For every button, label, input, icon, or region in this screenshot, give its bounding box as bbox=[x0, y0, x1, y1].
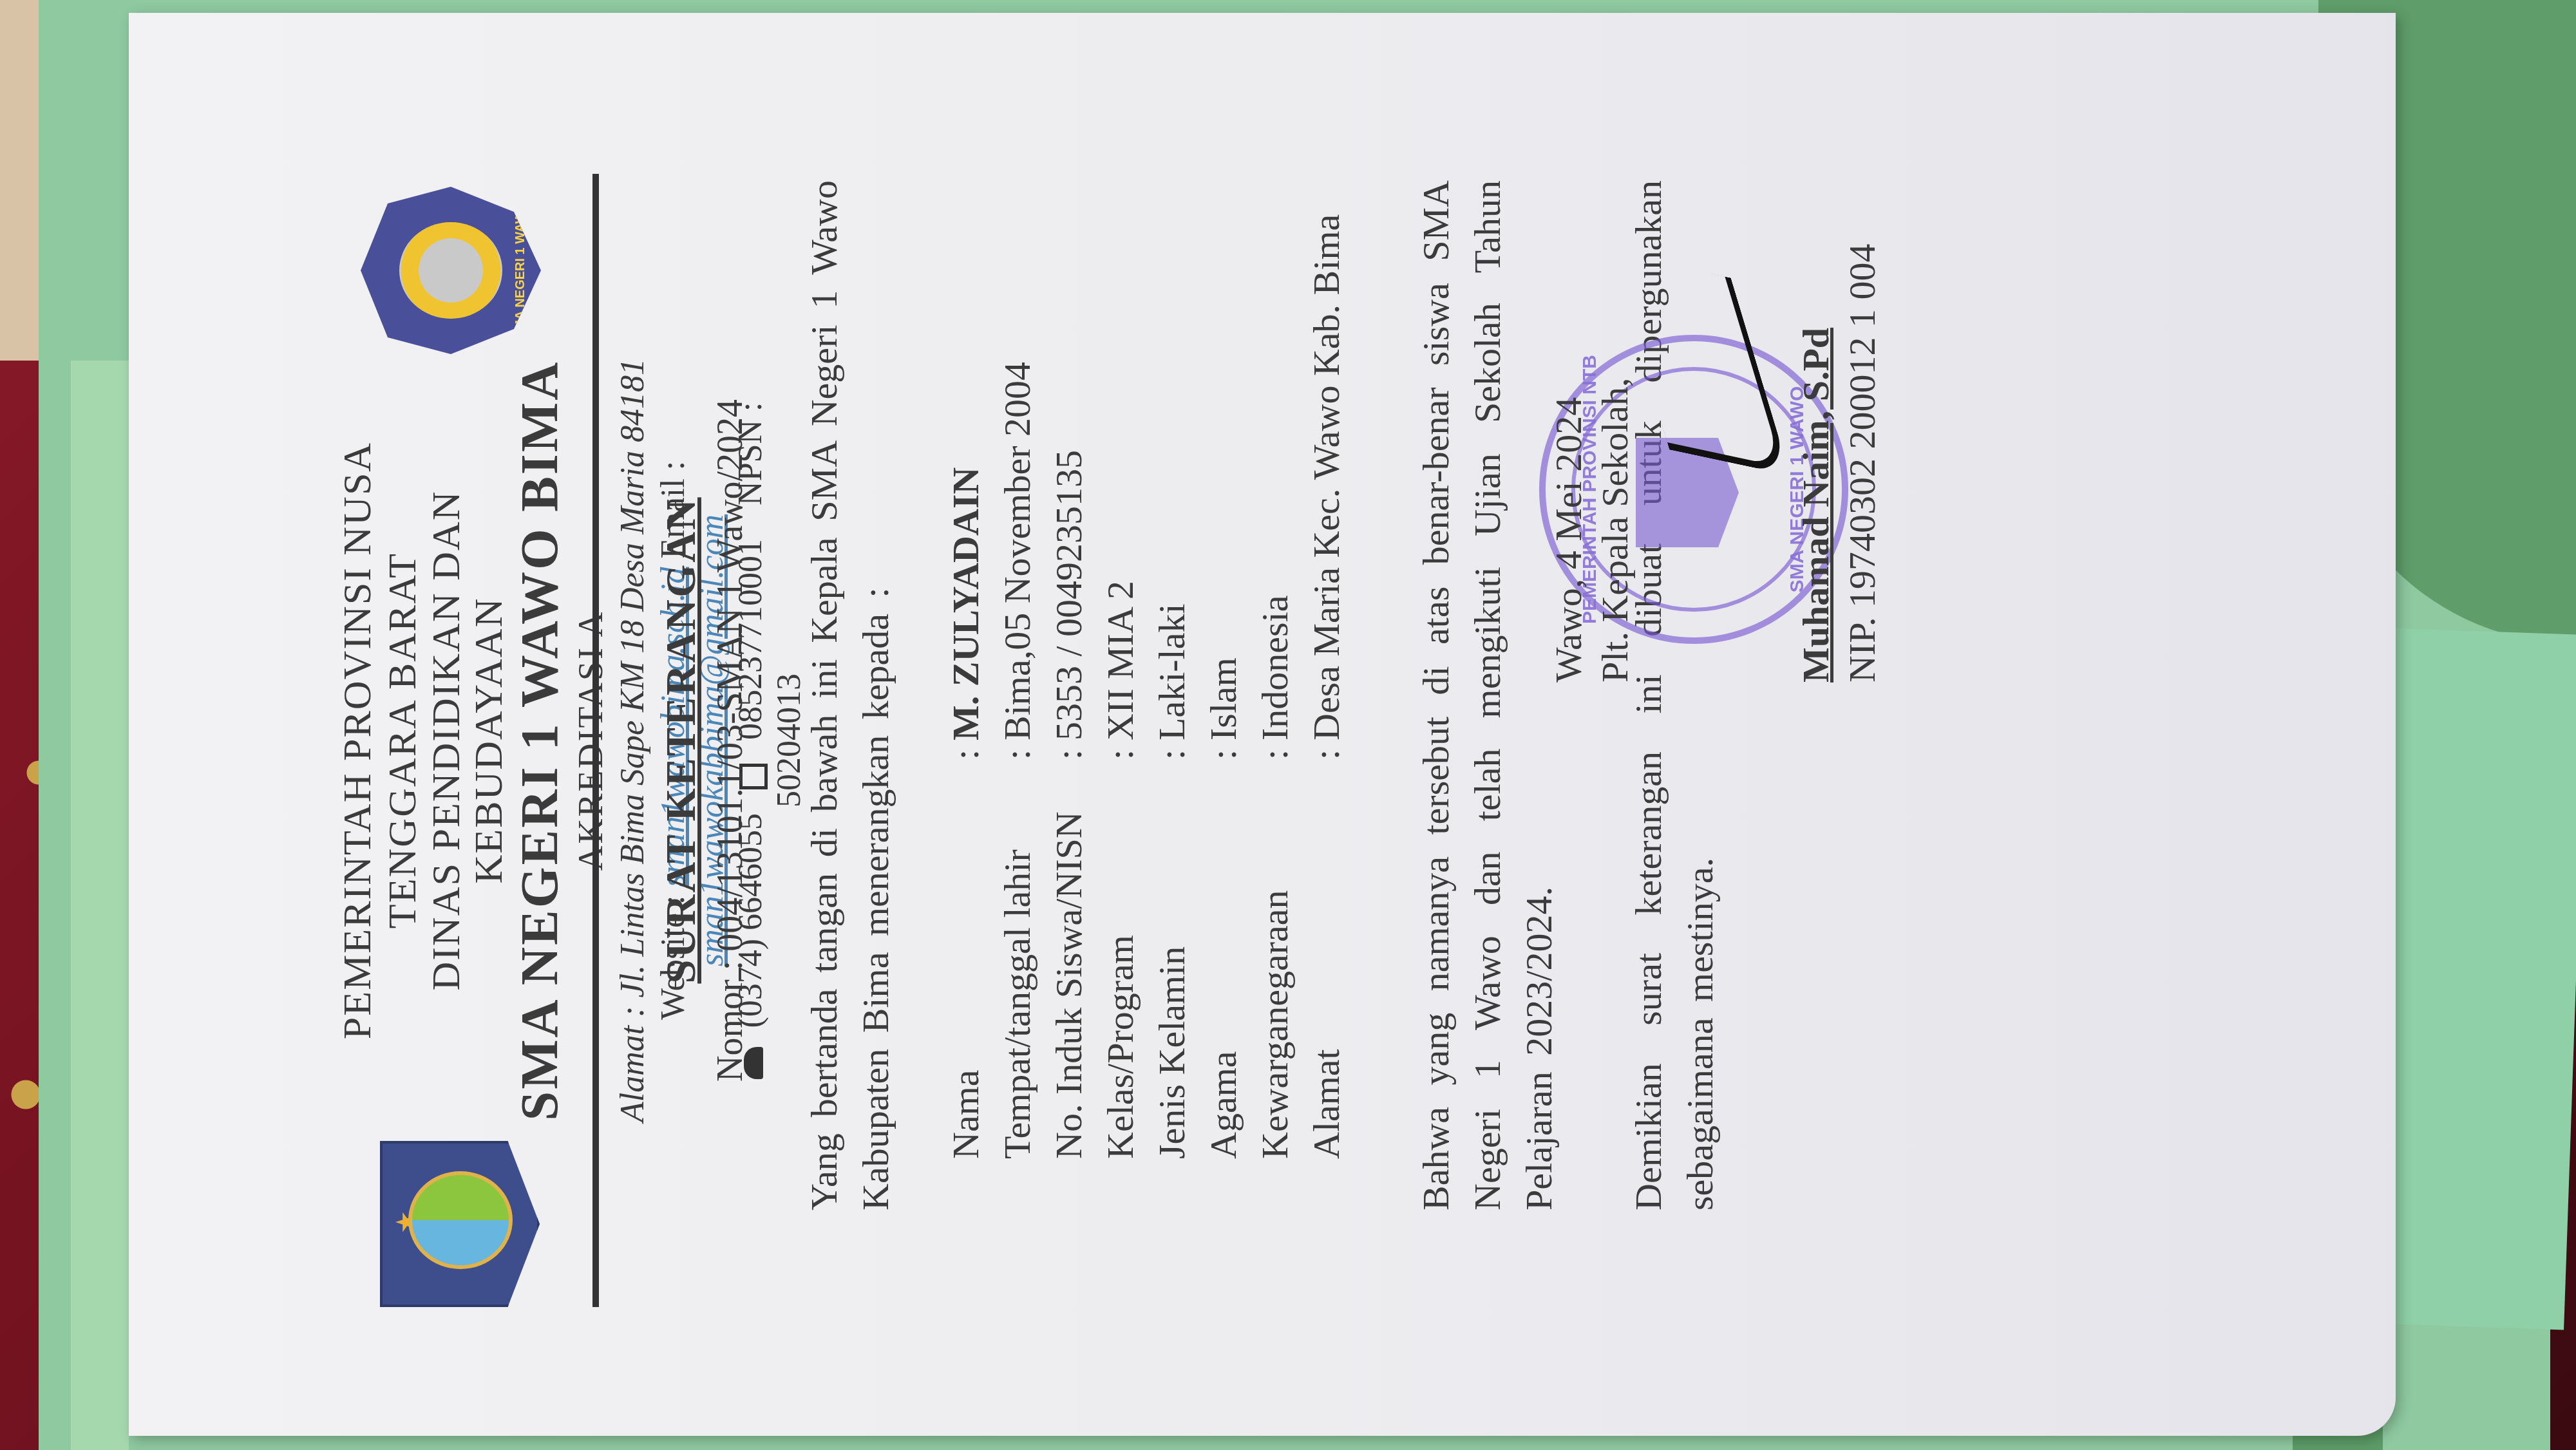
document-number: Nomor : 004/13101.1/03-SMAN 1 Wawo/2024 bbox=[710, 77, 751, 1404]
info-row: Alamat:Desa Maria Kec. Wawo Kab. Bima bbox=[1301, 180, 1352, 1159]
school-name: SMA NEGERI 1 WAWO BIMA bbox=[510, 348, 569, 1133]
info-label: No. Induk Siswa/NISN bbox=[1043, 760, 1095, 1159]
info-row: Jenis Kelamin:Laki-laki bbox=[1146, 180, 1198, 1159]
info-separator: : bbox=[1301, 740, 1352, 760]
info-row: Kewarganegaraan:Indonesia bbox=[1249, 180, 1301, 1159]
info-label: Jenis Kelamin bbox=[1146, 760, 1198, 1159]
green-folder-edge bbox=[71, 361, 129, 1450]
letterhead-department: DINAS PENDIDIKAN DAN KEBUDAYAAN bbox=[425, 348, 510, 1133]
info-value: 5353 / 0049235135 bbox=[1043, 450, 1095, 740]
info-separator: : bbox=[992, 740, 1043, 760]
info-separator: : bbox=[1043, 740, 1095, 760]
info-row: Kelas/Program:XII MIA 2 bbox=[1095, 180, 1146, 1159]
info-value: M. ZULYADAIN bbox=[940, 467, 992, 740]
info-separator: : bbox=[940, 740, 992, 760]
info-separator: : bbox=[1095, 740, 1146, 760]
school-logo-icon: SMA NEGERI 1 WAWO bbox=[361, 187, 541, 354]
student-info-table: Nama:M. ZULYADAINTempat/tanggal lahir:Bi… bbox=[940, 180, 1352, 1159]
info-value: Desa Maria Kec. Wawo Kab. Bima bbox=[1301, 214, 1352, 740]
document-title: SURAT KETERANGAN bbox=[657, 77, 706, 1404]
info-label: Agama bbox=[1198, 760, 1249, 1159]
info-separator: : bbox=[1198, 740, 1249, 760]
accreditation: AKREDITASI A bbox=[569, 348, 612, 1133]
info-separator: : bbox=[1146, 740, 1198, 760]
info-value: Indonesia bbox=[1249, 596, 1301, 741]
info-value: Laki-laki bbox=[1146, 603, 1198, 740]
document-heading: SURAT KETERANGAN Nomor : 004/13101.1/03-… bbox=[657, 77, 751, 1404]
info-row: Agama:Islam bbox=[1198, 180, 1249, 1159]
place-date: Wawo, 4 Mei 2024 bbox=[1546, 103, 1592, 683]
info-separator: : bbox=[1249, 740, 1301, 760]
letterhead-divider bbox=[592, 174, 599, 1307]
province-emblem-icon: ★ bbox=[380, 1141, 540, 1307]
signer-nip: NIP. 19740302 200012 1 004 bbox=[1839, 103, 1886, 683]
info-label: Kelas/Program bbox=[1095, 760, 1146, 1159]
info-value: Islam bbox=[1198, 657, 1249, 740]
signer-position: Plt. Kepala Sekolah, bbox=[1592, 103, 1638, 683]
letterhead-government: PEMERINTAH PROVINSI NUSA TENGGARA BARAT bbox=[335, 348, 425, 1133]
info-label: Nama bbox=[940, 760, 992, 1159]
letterhead: ★ PEMERINTAH PROVINSI NUSA TENGGARA BARA… bbox=[232, 77, 592, 1404]
info-value: Bima,05 November 2004 bbox=[992, 362, 1043, 740]
info-label: Kewarganegaraan bbox=[1249, 760, 1301, 1159]
letter-page: ★ PEMERINTAH PROVINSI NUSA TENGGARA BARA… bbox=[129, 77, 2254, 1404]
info-row: Tempat/tanggal lahir:Bima,05 November 20… bbox=[992, 180, 1043, 1159]
info-label: Tempat/tanggal lahir bbox=[992, 760, 1043, 1159]
info-label: Alamat bbox=[1301, 760, 1352, 1159]
signature-block: Wawo, 4 Mei 2024 Plt. Kepala Sekolah, Mu… bbox=[1546, 103, 1886, 683]
info-row: No. Induk Siswa/NISN:5353 / 0049235135 bbox=[1043, 180, 1095, 1159]
statement-paragraph: Bahwa yang namanya tersebut di atas bena… bbox=[1410, 180, 1565, 1210]
info-value: XII MIA 2 bbox=[1095, 581, 1146, 740]
signer-name: Muhamad Naim, S.Pd bbox=[1793, 103, 1839, 683]
info-row: Nama:M. ZULYADAIN bbox=[940, 180, 992, 1159]
school-address: Alamat : Jl. Lintas Bima Sape KM 18 Desa… bbox=[612, 348, 654, 1133]
intro-paragraph: Yang bertanda tangan di bawah ini Kepala… bbox=[799, 180, 902, 1210]
